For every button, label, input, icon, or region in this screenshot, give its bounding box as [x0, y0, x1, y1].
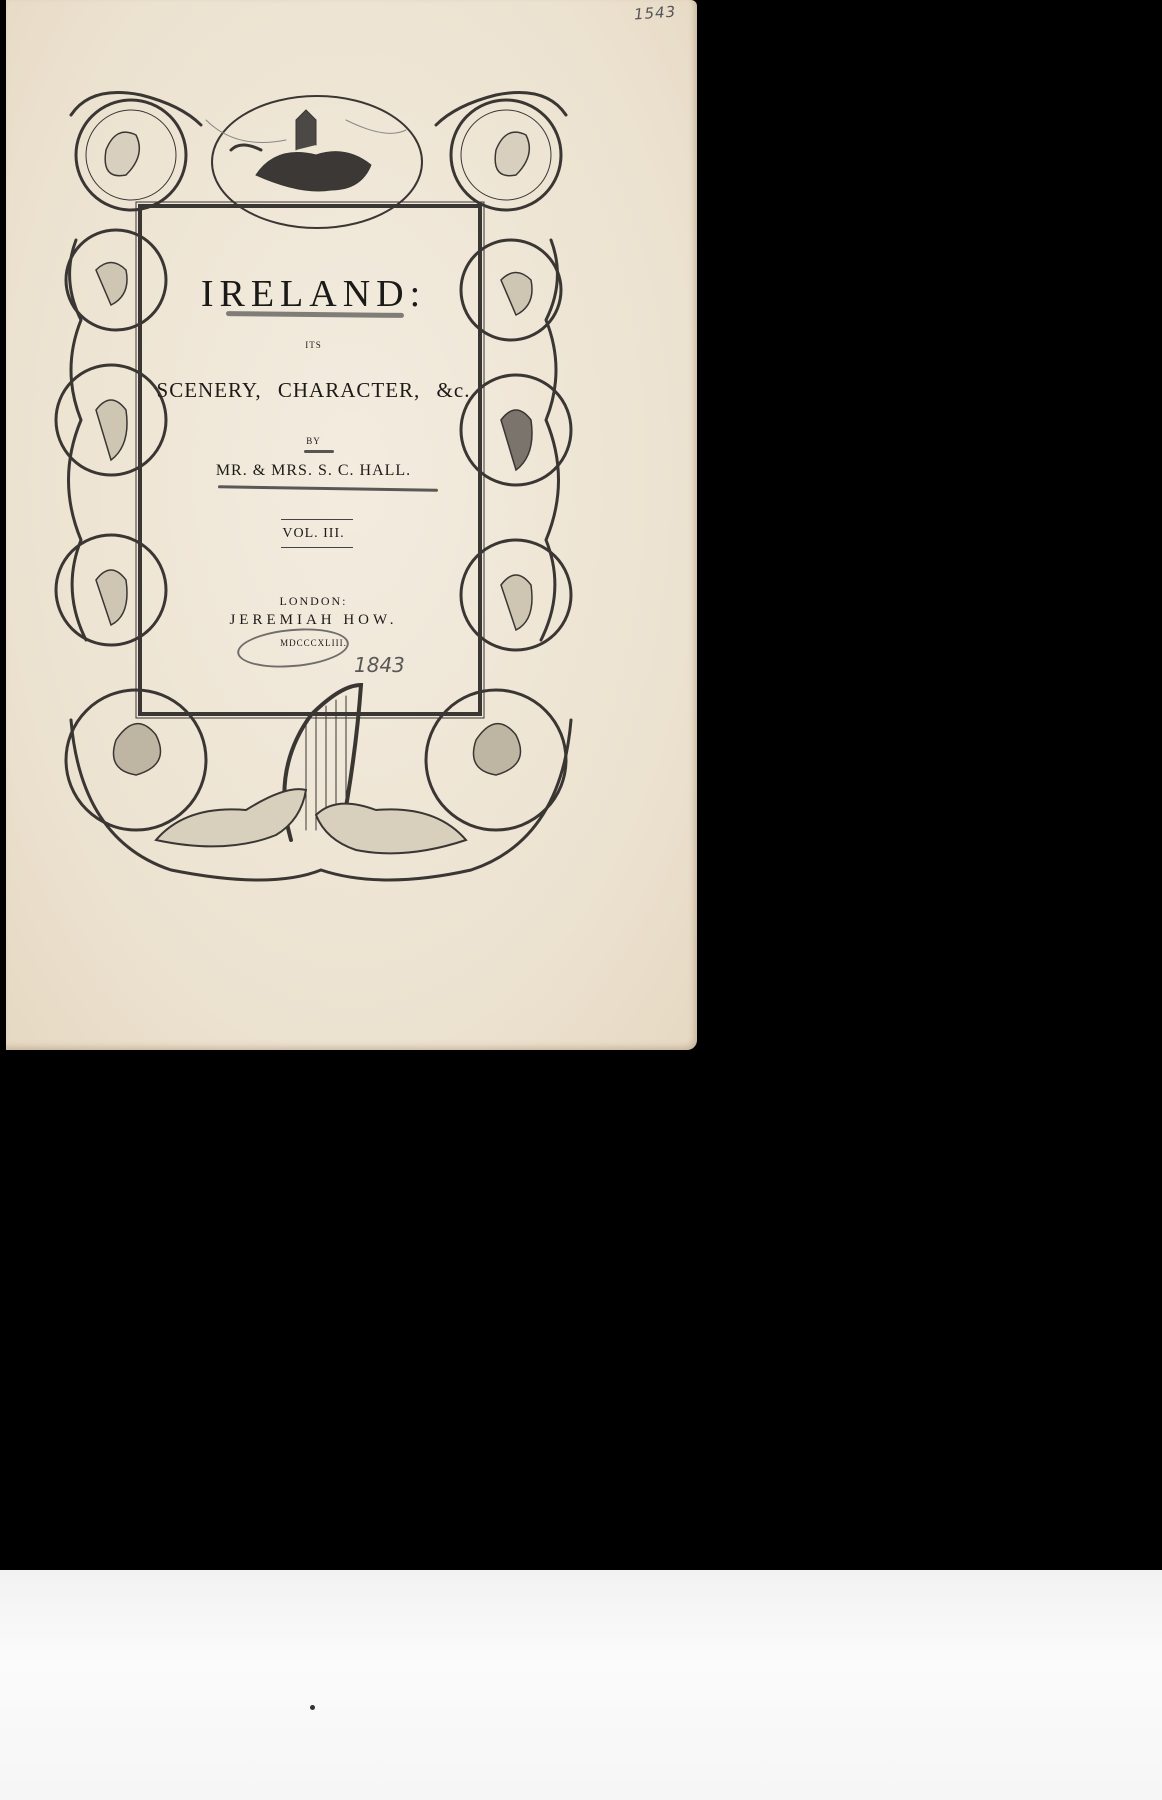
paper-speck: [310, 1705, 315, 1710]
rule-divider: [281, 547, 353, 548]
publication-place: LONDON:: [146, 594, 481, 609]
its-label: ITS: [146, 340, 481, 350]
title-page: 1543: [6, 0, 697, 1050]
volume-number: VOL. III.: [146, 526, 481, 542]
wolfhounds-icon: [156, 789, 466, 853]
lower-blank-sheet: [0, 1570, 1162, 1800]
knight-vignette-icon: [206, 96, 422, 228]
pencil-underline-title: [226, 311, 404, 318]
rule-divider: [281, 519, 353, 520]
book-subtitle: SCENERY, CHARACTER, &c.: [146, 378, 481, 403]
publisher: JEREMIAH HOW.: [146, 612, 481, 629]
title-text-block: IRELAND: ITS SCENERY, CHARACTER, &c. BY …: [146, 210, 481, 710]
pencil-underline-authors: [218, 485, 438, 491]
book-title: IRELAND:: [146, 272, 481, 316]
authors: MR. & MRS. S. C. HALL.: [146, 462, 481, 480]
pencil-underline-by: [304, 450, 334, 453]
by-label: BY: [146, 436, 481, 446]
pencil-annotation-year: 1843: [354, 653, 405, 677]
pencil-circle-year: [236, 624, 351, 672]
